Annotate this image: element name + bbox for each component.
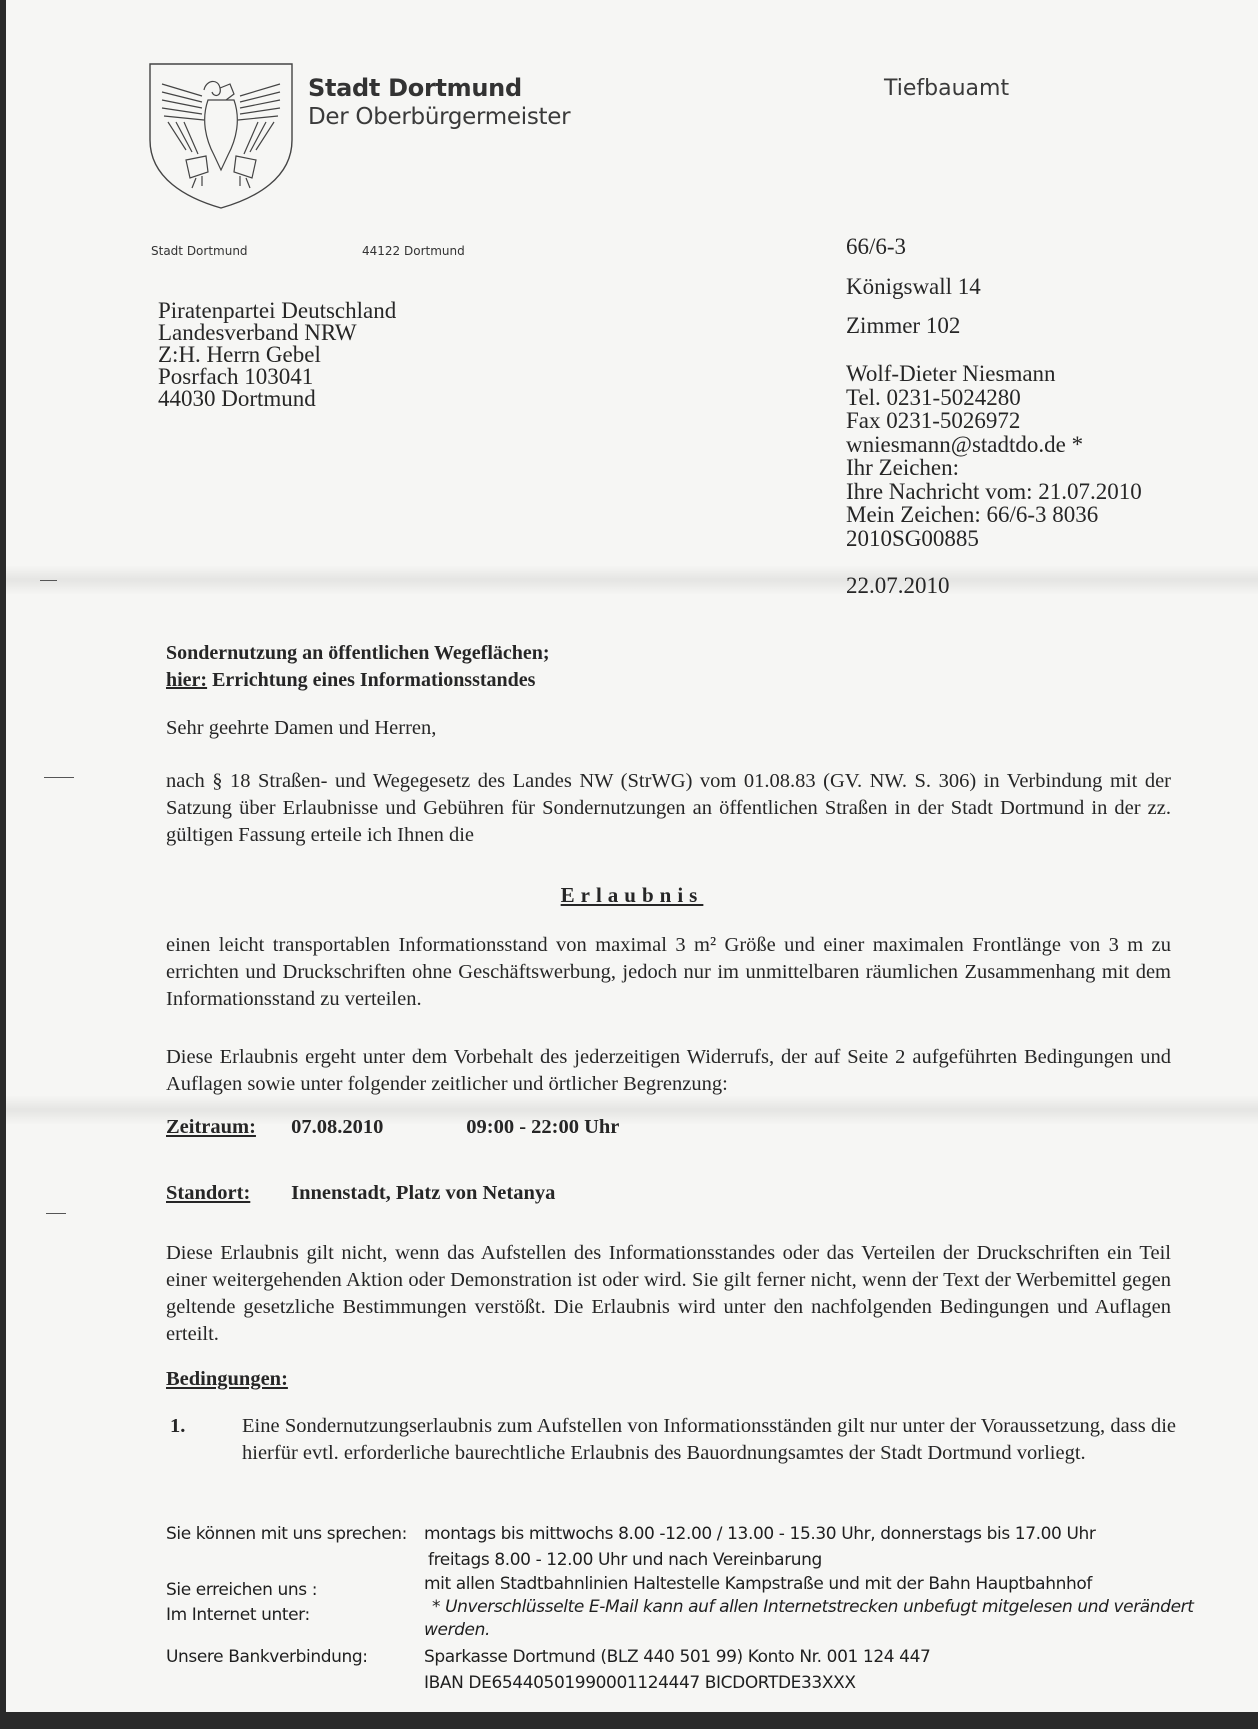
- your-message-date: Ihre Nachricht vom: 21.07.2010: [846, 480, 1142, 504]
- sender-return-name: Stadt Dortmund: [151, 244, 248, 258]
- conditions-heading: Bedingungen:: [166, 1368, 288, 1391]
- office-room: Zimmer 102: [846, 313, 960, 339]
- paragraph-legal-basis: nach § 18 Straßen- und Wegegesetz des La…: [166, 768, 1171, 849]
- condition-text: Eine Sondernutzungserlaubnis zum Aufstel…: [242, 1413, 1176, 1467]
- subject-label: hier:: [166, 669, 207, 691]
- office-street: Königswall 14: [846, 274, 981, 300]
- contact-email: wniesmann@stadtdo.de *: [846, 433, 1142, 457]
- your-reference: Ihr Zeichen:: [846, 456, 1142, 480]
- condition-number: 1.: [170, 1413, 185, 1440]
- period-row: Zeitraum: 07.08.2010 09:00 - 22:00 Uhr: [166, 1116, 619, 1139]
- hours-label: Sie können mit uns sprechen:: [166, 1524, 407, 1544]
- email-disclaimer-line-2: werden.: [424, 1620, 490, 1640]
- recipient-line: Z:H. Herrn Gebel: [158, 344, 396, 366]
- recipient-address: Piratenpartei Deutschland Landesverband …: [158, 300, 396, 410]
- hours-line-2: freitags 8.00 - 12.00 Uhr und nach Verei…: [428, 1550, 822, 1570]
- org-subtitle: Der Oberbürgermeister: [308, 104, 570, 130]
- eagle-coat-of-arms-icon: [146, 60, 296, 210]
- subject: Sondernutzung an öffentlichen Wegefläche…: [166, 640, 550, 694]
- bank-account: Sparkasse Dortmund (BLZ 440 501 99) Kont…: [424, 1647, 930, 1667]
- condition-item: 1. Eine Sondernutzungserlaubnis zum Aufs…: [166, 1413, 1176, 1467]
- period-date: 07.08.2010: [291, 1116, 461, 1139]
- paragraph-exclusions: Diese Erlaubnis gilt nicht, wenn das Auf…: [166, 1240, 1171, 1348]
- subject-line-2: hier: Errichtung eines Informationsstand…: [166, 667, 550, 694]
- contact-name: Wolf-Dieter Niesmann: [846, 362, 1142, 386]
- salutation: Sehr geehrte Damen und Herren,: [166, 717, 436, 740]
- subject-text: Errichtung eines Informationsstandes: [207, 669, 535, 691]
- reference-code: 66/6-3: [846, 234, 906, 260]
- sender-return-postcode: 44122 Dortmund: [362, 244, 465, 258]
- fold-shadow: [6, 565, 1258, 595]
- paragraph-conditions-intro: Diese Erlaubnis ergeht unter dem Vorbeha…: [166, 1044, 1171, 1098]
- period-time: 09:00 - 22:00 Uhr: [466, 1116, 619, 1139]
- period-label: Zeitraum:: [166, 1116, 286, 1139]
- location-row: Standort: Innenstadt, Platz von Netanya: [166, 1182, 555, 1205]
- bank-label: Unsere Bankverbindung:: [166, 1647, 368, 1667]
- recipient-line: 44030 Dortmund: [158, 388, 396, 410]
- fold-mark: [40, 580, 57, 581]
- contact-fax: Fax 0231-5026972: [846, 409, 1142, 433]
- recipient-line: Landesverband NRW: [158, 322, 396, 344]
- case-number: 2010SG00885: [846, 527, 1142, 551]
- contact-phone: Tel. 0231-5024280: [846, 386, 1142, 410]
- recipient-line: Posrfach 103041: [158, 366, 396, 388]
- my-reference: Mein Zeichen: 66/6-3 8036: [846, 503, 1142, 527]
- reach-label: Sie erreichen uns :: [166, 1580, 317, 1600]
- fold-mark: [46, 1213, 66, 1214]
- internet-label: Im Internet unter:: [166, 1605, 310, 1625]
- org-name: Stadt Dortmund: [308, 74, 522, 102]
- location-value: Innenstadt, Platz von Netanya: [291, 1182, 555, 1205]
- contact-block: Wolf-Dieter Niesmann Tel. 0231-5024280 F…: [846, 362, 1142, 550]
- letter-page: Stadt Dortmund Der Oberbürgermeister Tie…: [6, 0, 1258, 1712]
- department-name: Tiefbauamt: [884, 76, 1009, 101]
- bank-iban-bic: IBAN DE65440501990001124447 BICDORTDE33X…: [424, 1673, 856, 1693]
- paragraph-permit-scope: einen leicht transportablen Informations…: [166, 932, 1171, 1013]
- email-disclaimer-line-1: * Unverschlüsselte E-Mail kann auf allen…: [432, 1597, 1193, 1617]
- subject-line-1: Sondernutzung an öffentlichen Wegefläche…: [166, 640, 550, 667]
- letter-date: 22.07.2010: [846, 573, 950, 599]
- reach-value: mit allen Stadtbahnlinien Haltestelle Ka…: [424, 1574, 1092, 1594]
- location-label: Standort:: [166, 1182, 286, 1205]
- hours-line-1: montags bis mittwochs 8.00 -12.00 / 13.0…: [424, 1524, 1095, 1544]
- punch-mark: [44, 777, 74, 778]
- permit-heading: Erlaubnis: [6, 883, 1258, 908]
- recipient-line: Piratenpartei Deutschland: [158, 300, 396, 322]
